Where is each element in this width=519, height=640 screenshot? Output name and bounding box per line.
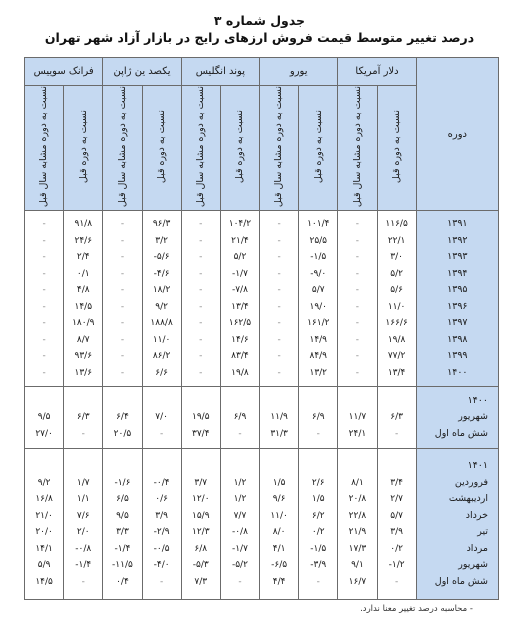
value: ۲۱/۴	[221, 233, 259, 250]
value: -	[103, 299, 141, 316]
subheader-gbp-prev: نسبت به دوره قبل	[220, 86, 259, 211]
value: ۲۰/۵	[103, 426, 141, 443]
period-label: ۱۳۹۵	[417, 282, 498, 299]
period-label: اردیبهشت	[417, 491, 488, 508]
value: -	[182, 233, 220, 250]
value: -۱/۵	[299, 541, 337, 558]
data-cell-jpy-prev: ۹۶/۳۳/۲-۵/۶-۴/۶۱۸/۲۹/۲۱۸۸/۸۱۱/۰۸۶/۲۶/۶	[142, 211, 181, 387]
value: ۶/۸	[182, 541, 220, 558]
value	[25, 458, 63, 475]
value: ۵/۷	[378, 508, 416, 525]
value: ۵/۹	[25, 557, 63, 574]
value: -	[25, 282, 63, 299]
period-cell: ۱۴۰۱فروردیناردیبهشتخردادتیرمردادشهریورشش…	[416, 449, 498, 600]
period-label: ۱۴۰۰	[417, 393, 488, 410]
value: -۰/۵	[143, 541, 181, 558]
subheader-eur-yoy: نسبت به دوره مشابه سال قبل	[260, 86, 299, 211]
value: -	[338, 216, 376, 233]
period-label: شش ماه اول	[417, 426, 488, 443]
value: ۱۸/۲	[143, 282, 181, 299]
value: ۱۶/۷	[338, 574, 376, 591]
period-label: ۱۳۹۳	[417, 249, 498, 266]
value: ۷۷/۲	[378, 348, 416, 365]
value: ۱۹/۰	[299, 299, 337, 316]
value: ۰/۱	[64, 266, 102, 283]
period-label: ۱۳۹۲	[417, 233, 498, 250]
table-number-title: جدول شماره ۳	[0, 13, 519, 28]
data-cell-eur-yoy: ----------	[260, 211, 299, 387]
value: -۵/۳	[182, 557, 220, 574]
value: -	[338, 365, 376, 382]
value: -۹/۰	[299, 266, 337, 283]
value: ۲۲/۱	[378, 233, 416, 250]
value: ۱۱/۷	[338, 409, 376, 426]
value: -	[260, 282, 298, 299]
table-row-block-1: ۱۳۹۱۱۳۹۲۱۳۹۳۱۳۹۴۱۳۹۵۱۳۹۶۱۳۹۷۱۳۹۸۱۳۹۹۱۴۰۰…	[25, 211, 499, 387]
value: -۰/۸	[221, 524, 259, 541]
value	[221, 458, 259, 475]
value: -	[25, 299, 63, 316]
subheader-eur-prev: نسبت به دوره قبل	[299, 86, 338, 211]
value: -	[64, 574, 102, 591]
value: ۳۱/۳	[260, 426, 298, 443]
data-cell-usd-prev: ۳/۴۲/۷۵/۷۳/۹۰/۲-۱/۲-	[377, 449, 416, 600]
currency-header-eur: یورو	[260, 58, 338, 86]
value: -	[182, 266, 220, 283]
value: ۵/۶	[378, 282, 416, 299]
value: -	[182, 282, 220, 299]
value: ۷/۷	[221, 508, 259, 525]
value: ۹۶/۳	[143, 216, 181, 233]
value: ۶/۶	[143, 365, 181, 382]
value: -	[25, 233, 63, 250]
value: -	[338, 282, 376, 299]
value: ۱۲/۳	[182, 524, 220, 541]
data-cell-jpy-yoy: ۶/۴۲۰/۵	[103, 387, 142, 449]
footnote: - محاسبه درصد تغییر معنا ندارد.	[360, 604, 473, 614]
value	[103, 393, 141, 410]
table-row-block-3: ۱۴۰۱فروردیناردیبهشتخردادتیرمردادشهریورشش…	[25, 449, 499, 600]
value: ۱۵/۹	[182, 508, 220, 525]
value: -	[338, 348, 376, 365]
value: -	[103, 216, 141, 233]
value: -	[103, 282, 141, 299]
value: -	[260, 315, 298, 332]
subheader-chf-yoy: نسبت به دوره مشابه سال قبل	[25, 86, 64, 211]
value: ۱۲/۰	[182, 491, 220, 508]
currency-header-jpy: یکصد ین ژاپن	[103, 58, 181, 86]
value: ۱۴/۶	[221, 332, 259, 349]
value: ۶/۳	[64, 409, 102, 426]
value: ۸۳/۴	[221, 348, 259, 365]
value: -۵/۶	[143, 249, 181, 266]
value: ۵/۲	[378, 266, 416, 283]
value: ۱۳/۲	[299, 365, 337, 382]
value: ۲۵/۵	[299, 233, 337, 250]
table-row-block-2: ۱۴۰۰شهریورشش ماه اول۶/۳-۱۱/۷۲۴/۱۶/۹-۱۱/۹…	[25, 387, 499, 449]
value: ۱۶/۸	[25, 491, 63, 508]
value: -	[299, 426, 337, 443]
subheader-jpy-yoy: نسبت به دوره مشابه سال قبل	[103, 86, 142, 211]
data-cell-jpy-prev: ۷/۰-	[142, 387, 181, 449]
value: ۱۴/۵	[64, 299, 102, 316]
value: ۱/۲	[221, 475, 259, 492]
period-label: مرداد	[417, 541, 488, 558]
value: ۴/۸	[64, 282, 102, 299]
value: ۳/۹	[378, 524, 416, 541]
value: -	[338, 233, 376, 250]
value: -۱۱/۵	[103, 557, 141, 574]
value	[338, 393, 376, 410]
value: ۳/۳	[103, 524, 141, 541]
data-cell-jpy-yoy: -۱/۶۶/۵۹/۵۳/۳-۱/۴-۱۱/۵۰/۴	[103, 449, 142, 600]
value: -	[182, 365, 220, 382]
value: ۳/۴	[378, 475, 416, 492]
value: ۴/۱	[260, 541, 298, 558]
period-header: دوره	[416, 58, 498, 211]
value: -	[103, 315, 141, 332]
data-cell-usd-yoy: ۸/۱۲۰/۸۲۲/۸۲۱/۹۱۷/۳۹/۱۱۶/۷	[338, 449, 377, 600]
value: ۸۴/۹	[299, 348, 337, 365]
value	[25, 393, 63, 410]
value: ۱۴/۱	[25, 541, 63, 558]
period-label: تیر	[417, 524, 488, 541]
value: -	[143, 426, 181, 443]
value	[103, 458, 141, 475]
data-cell-eur-prev: ۲/۶۱/۵۶/۲۰/۲-۱/۵-۳/۹-	[299, 449, 338, 600]
value: ۴/۴	[260, 574, 298, 591]
table-caption: درصد تغییر متوسط قیمت فروش ارزهای رایج د…	[0, 30, 519, 45]
value: -۱/۲	[378, 557, 416, 574]
subheader-usd-yoy: نسبت به دوره مشابه سال قبل	[338, 86, 377, 211]
subheader-label: نسبت به دوره مشابه سال قبل	[274, 86, 284, 207]
value: -	[260, 299, 298, 316]
value: ۱/۲	[221, 491, 259, 508]
value: ۷/۳	[182, 574, 220, 591]
period-cell: ۱۴۰۰شهریورشش ماه اول	[416, 387, 498, 449]
value: -	[103, 233, 141, 250]
period-label: شهریور	[417, 409, 488, 426]
value: ۱۱۶/۵	[378, 216, 416, 233]
data-cell-gbp-yoy: ----------	[181, 211, 220, 387]
value: -۰/۸	[64, 541, 102, 558]
period-label: ۱۳۹۴	[417, 266, 498, 283]
data-cell-chf-yoy: ۹/۲۱۶/۸۲۱/۰۲۰/۰۱۴/۱۵/۹۱۴/۵	[25, 449, 64, 600]
subheader-chf-prev: نسبت به دوره قبل	[64, 86, 103, 211]
value: -	[182, 315, 220, 332]
value: ۸/۱	[338, 475, 376, 492]
value: ۳/۹	[143, 508, 181, 525]
value: ۲۴/۶	[64, 233, 102, 250]
value: ۱۱/۰	[143, 332, 181, 349]
value: -	[299, 574, 337, 591]
value: -	[338, 249, 376, 266]
value: -۶/۵	[260, 557, 298, 574]
value: ۱/۱	[64, 491, 102, 508]
value: ۷/۶	[64, 508, 102, 525]
value: -	[378, 574, 416, 591]
value: ۱۶۶/۶	[378, 315, 416, 332]
currency-header-usd: دلار آمریکا	[338, 58, 416, 86]
value: -	[260, 216, 298, 233]
value: ۲۱/۰	[25, 508, 63, 525]
period-label: ۱۴۰۰	[417, 365, 498, 382]
data-cell-eur-prev: ۶/۹-	[299, 387, 338, 449]
value: ۳/۰	[378, 249, 416, 266]
subheader-jpy-prev: نسبت به دوره قبل	[142, 86, 181, 211]
value: -	[103, 348, 141, 365]
data-cell-eur-prev: ۱۰۱/۴۲۵/۵-۱/۵-۹/۰۵/۷۱۹/۰۱۶۱/۲۱۴/۹۸۴/۹۱۳/…	[299, 211, 338, 387]
value: -	[338, 299, 376, 316]
value: ۱۶۱/۲	[299, 315, 337, 332]
subheader-usd-prev: نسبت به دوره قبل	[377, 86, 416, 211]
value: ۱/۵	[260, 475, 298, 492]
value: -	[25, 249, 63, 266]
value	[378, 393, 416, 410]
value: ۳/۷	[182, 475, 220, 492]
value: -	[221, 426, 259, 443]
value: -	[182, 249, 220, 266]
period-label: ۱۳۹۹	[417, 348, 498, 365]
value: -۱/۶	[103, 475, 141, 492]
value	[64, 458, 102, 475]
currency-header-chf: فرانک سوییس	[25, 58, 103, 86]
value: -	[64, 426, 102, 443]
value: ۲/۰	[64, 524, 102, 541]
value	[143, 458, 181, 475]
value: ۸/۷	[64, 332, 102, 349]
period-label: ۱۳۹۸	[417, 332, 498, 349]
value: ۱۸۰/۹	[64, 315, 102, 332]
period-label: شش ماه اول	[417, 574, 488, 591]
value: ۱۹/۵	[182, 409, 220, 426]
subheader-label: نسبت به دوره قبل	[235, 110, 245, 183]
value	[143, 393, 181, 410]
data-cell-gbp-prev: ۱/۲۱/۲۷/۷-۰/۸-۱/۷-۵/۲-	[220, 449, 259, 600]
value: ۱۷/۳	[338, 541, 376, 558]
value: -	[260, 365, 298, 382]
value: ۱/۷	[64, 475, 102, 492]
data-cell-usd-yoy: ----------	[338, 211, 377, 387]
subheader-label: نسبت به دوره مشابه سال قبل	[353, 86, 363, 207]
value: ۲۴/۱	[338, 426, 376, 443]
value: -۰/۴	[143, 475, 181, 492]
value	[338, 458, 376, 475]
value: ۹۱/۸	[64, 216, 102, 233]
value: ۵/۷	[299, 282, 337, 299]
subheader-label: نسبت به دوره قبل	[392, 110, 402, 183]
value: -۳/۹	[299, 557, 337, 574]
value: -	[25, 216, 63, 233]
value	[64, 393, 102, 410]
value	[221, 393, 259, 410]
value: -	[25, 365, 63, 382]
period-label: ۱۳۹۷	[417, 315, 498, 332]
value	[299, 458, 337, 475]
value: -	[25, 332, 63, 349]
subheader-label: نسبت به دوره قبل	[79, 110, 89, 183]
data-cell-usd-prev: ۶/۳-	[377, 387, 416, 449]
value	[299, 393, 337, 410]
data-cell-gbp-prev: ۱۰۴/۲۲۱/۴۵/۲-۱/۷-۷/۸۱۳/۴۱۶۲/۵۱۴/۶۸۳/۴۱۹/…	[220, 211, 259, 387]
value: ۱۳/۴	[221, 299, 259, 316]
value: ۸/۰	[260, 524, 298, 541]
data-cell-chf-yoy: ----------	[25, 211, 64, 387]
value: ۰/۲	[378, 541, 416, 558]
data-cell-chf-yoy: ۹/۵۲۷/۰	[25, 387, 64, 449]
period-label: ۱۳۹۱	[417, 216, 498, 233]
value: -	[260, 249, 298, 266]
value: ۰/۶	[143, 491, 181, 508]
value: ۳۷/۴	[182, 426, 220, 443]
value: -	[338, 266, 376, 283]
value: -۵/۲	[221, 557, 259, 574]
value: -	[143, 574, 181, 591]
value: ۱۱/۰	[260, 508, 298, 525]
value: -	[378, 426, 416, 443]
subheader-label: نسبت به دوره مشابه سال قبل	[39, 86, 49, 207]
data-cell-usd-prev: ۱۱۶/۵۲۲/۱۳/۰۵/۲۵/۶۱۱/۰۱۶۶/۶۱۹/۸۷۷/۲۱۳/۴	[377, 211, 416, 387]
value: ۱/۵	[299, 491, 337, 508]
data-cell-jpy-yoy: ----------	[103, 211, 142, 387]
value: ۶/۲	[299, 508, 337, 525]
data-cell-eur-yoy: ۱۱/۹۳۱/۳	[260, 387, 299, 449]
value: -	[103, 249, 141, 266]
subheader-label: نسبت به دوره مشابه سال قبل	[118, 86, 128, 207]
value: ۱۱/۹	[260, 409, 298, 426]
value	[182, 393, 220, 410]
data-cell-eur-yoy: ۱/۵۹/۶۱۱/۰۸/۰۴/۱-۶/۵۴/۴	[260, 449, 299, 600]
currency-header-gbp: پوند انگلیس	[181, 58, 259, 86]
value: ۲۲/۸	[338, 508, 376, 525]
value: -	[182, 299, 220, 316]
value: ۱۰۱/۴	[299, 216, 337, 233]
value: ۹/۱	[338, 557, 376, 574]
value: ۲۷/۰	[25, 426, 63, 443]
value: ۲۰/۸	[338, 491, 376, 508]
value: ۹/۵	[103, 508, 141, 525]
value: -	[182, 348, 220, 365]
value	[378, 458, 416, 475]
value: -	[182, 216, 220, 233]
period-label: خرداد	[417, 508, 488, 525]
value: -۱/۷	[221, 541, 259, 558]
period-label: ۱۴۰۱	[417, 458, 488, 475]
value: -۷/۸	[221, 282, 259, 299]
value: ۶/۹	[299, 409, 337, 426]
value: ۲۱/۹	[338, 524, 376, 541]
value: -	[338, 332, 376, 349]
value: -	[103, 365, 141, 382]
value: ۷/۰	[143, 409, 181, 426]
exchange-rate-change-table: دوره دلار آمریکا یورو پوند انگلیس یکصد ی…	[24, 57, 499, 600]
value: ۱۹/۸	[221, 365, 259, 382]
value: -۱/۴	[103, 541, 141, 558]
value: ۲۰/۰	[25, 524, 63, 541]
period-label: فروردین	[417, 475, 488, 492]
value: -	[221, 574, 259, 591]
value: ۰/۴	[103, 574, 141, 591]
value: ۱۴/۵	[25, 574, 63, 591]
value: -۱/۷	[221, 266, 259, 283]
value: -۴/۶	[143, 266, 181, 283]
value: ۹۳/۶	[64, 348, 102, 365]
value: -۴/۰	[143, 557, 181, 574]
value: ۰/۲	[299, 524, 337, 541]
value: -۲/۹	[143, 524, 181, 541]
value: ۵/۲	[221, 249, 259, 266]
value: ۲/۴	[64, 249, 102, 266]
value: -	[260, 348, 298, 365]
value	[260, 458, 298, 475]
value: -۱/۵	[299, 249, 337, 266]
value: -	[260, 266, 298, 283]
value: ۱۰۴/۲	[221, 216, 259, 233]
value: -۱/۴	[64, 557, 102, 574]
data-cell-gbp-prev: ۶/۹-	[220, 387, 259, 449]
data-cell-gbp-yoy: ۱۹/۵۳۷/۴	[181, 387, 220, 449]
period-label: شهریور	[417, 557, 488, 574]
value: ۳/۲	[143, 233, 181, 250]
value: ۱۹/۸	[378, 332, 416, 349]
subheader-label: نسبت به دوره قبل	[314, 110, 324, 183]
value: ۱۶۲/۵	[221, 315, 259, 332]
subheader-gbp-yoy: نسبت به دوره مشابه سال قبل	[181, 86, 220, 211]
value: ۶/۴	[103, 409, 141, 426]
value: ۸۶/۲	[143, 348, 181, 365]
value: -	[260, 233, 298, 250]
value: ۲/۷	[378, 491, 416, 508]
value	[260, 393, 298, 410]
value: -	[25, 315, 63, 332]
data-cell-jpy-prev: -۰/۴۰/۶۳/۹-۲/۹-۰/۵-۴/۰-	[142, 449, 181, 600]
period-label: ۱۳۹۶	[417, 299, 498, 316]
data-cell-chf-prev: ۱/۷۱/۱۷/۶۲/۰-۰/۸-۱/۴-	[64, 449, 103, 600]
value: ۹/۲	[25, 475, 63, 492]
period-cell: ۱۳۹۱۱۳۹۲۱۳۹۳۱۳۹۴۱۳۹۵۱۳۹۶۱۳۹۷۱۳۹۸۱۳۹۹۱۴۰۰	[416, 211, 498, 387]
value: ۱۸۸/۸	[143, 315, 181, 332]
value: ۱۳/۴	[378, 365, 416, 382]
data-cell-gbp-yoy: ۳/۷۱۲/۰۱۵/۹۱۲/۳۶/۸-۵/۳۷/۳	[181, 449, 220, 600]
value: ۹/۵	[25, 409, 63, 426]
value: -	[338, 315, 376, 332]
value: ۹/۶	[260, 491, 298, 508]
data-cell-usd-yoy: ۱۱/۷۲۴/۱	[338, 387, 377, 449]
value: -	[103, 332, 141, 349]
value	[182, 458, 220, 475]
value: ۶/۹	[221, 409, 259, 426]
value: -	[182, 332, 220, 349]
value: -	[260, 332, 298, 349]
value: -	[103, 266, 141, 283]
value: ۹/۲	[143, 299, 181, 316]
value: ۶/۳	[378, 409, 416, 426]
value: ۲/۶	[299, 475, 337, 492]
data-cell-chf-prev: ۹۱/۸۲۴/۶۲/۴۰/۱۴/۸۱۴/۵۱۸۰/۹۸/۷۹۳/۶۱۳/۶	[64, 211, 103, 387]
subheader-label: نسبت به دوره مشابه سال قبل	[196, 86, 206, 207]
value: ۱۱/۰	[378, 299, 416, 316]
value: -	[25, 266, 63, 283]
value: ۱۴/۹	[299, 332, 337, 349]
value: ۶/۵	[103, 491, 141, 508]
value: ۱۳/۶	[64, 365, 102, 382]
value: -	[25, 348, 63, 365]
subheader-label: نسبت به دوره قبل	[157, 110, 167, 183]
data-cell-chf-prev: ۶/۳-	[64, 387, 103, 449]
